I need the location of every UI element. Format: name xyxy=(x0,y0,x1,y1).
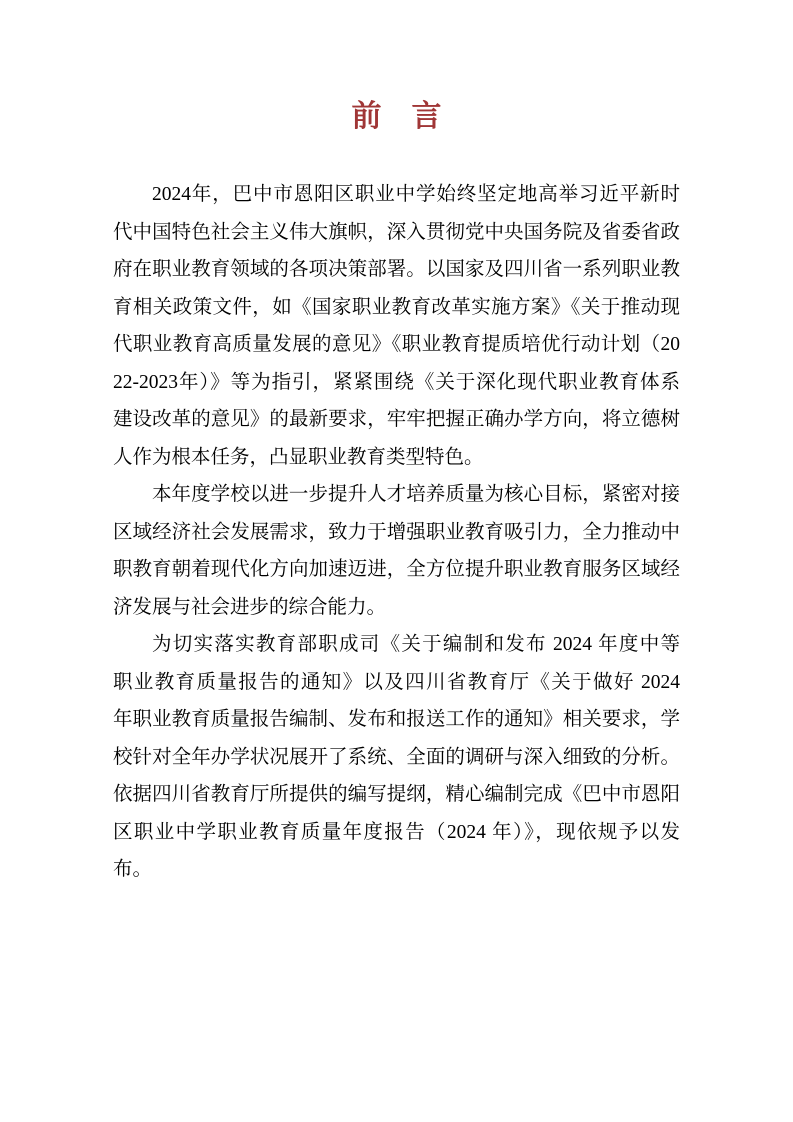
paragraph-line: 职业教育质量报告的通知》以及四川省教育厅《关于做好 2024 xyxy=(113,664,680,702)
paragraph-line: 本年度学校以进一步提升人才培养质量为核心目标，紧密对接 xyxy=(113,476,680,514)
paragraph-line: 区域经济社会发展需求，致力于增强职业教育吸引力，全力推动中 xyxy=(113,514,680,552)
paragraph-line: 校针对全年办学状况展开了系统、全面的调研与深入细致的分析。 xyxy=(113,739,680,777)
paragraph-line: 代中国特色社会主义伟大旗帜，深入贯彻党中央国务院及省委省政 xyxy=(113,214,680,252)
paragraph-line: 代职业教育高质量发展的意见》《职业教育提质培优行动计划（20 xyxy=(113,326,680,364)
paragraph-line: 府在职业教育领域的各项决策部署。以国家及四川省一系列职业教 xyxy=(113,251,680,289)
paragraph-line: 2024年，巴中市恩阳区职业中学始终坚定地高举习近平新时 xyxy=(113,176,680,214)
paragraph-line: 人作为根本任务，凸显职业教育类型特色。 xyxy=(113,439,680,477)
paragraph-line: 布。 xyxy=(113,851,680,889)
paragraph-line: 年职业教育质量报告编制、发布和报送工作的通知》相关要求，学 xyxy=(113,701,680,739)
paragraph-line: 育相关政策文件，如《国家职业教育改革实施方案》《关于推动现 xyxy=(113,289,680,327)
paragraph-line: 区职业中学职业教育质量年度报告（2024 年）》，现依规予以发 xyxy=(113,814,680,852)
document-body: 2024年，巴中市恩阳区职业中学始终坚定地高举习近平新时 代中国特色社会主义伟大… xyxy=(113,176,680,889)
paragraph-line: 建设改革的意见》的最新要求，牢牢把握正确办学方向，将立德树 xyxy=(113,401,680,439)
paragraph-line: 依据四川省教育厅所提供的编写提纲，精心编制完成《巴中市恩阳 xyxy=(113,776,680,814)
paragraph-line: 济发展与社会进步的综合能力。 xyxy=(113,589,680,627)
page-title: 前 言 xyxy=(0,98,793,136)
paragraph-line: 职教育朝着现代化方向加速迈进，全方位提升职业教育服务区域经 xyxy=(113,551,680,589)
document-page: 前 言 2024年，巴中市恩阳区职业中学始终坚定地高举习近平新时 代中国特色社会… xyxy=(0,0,793,1122)
paragraph-line: 为切实落实教育部职成司《关于编制和发布 2024 年度中等 xyxy=(113,626,680,664)
paragraph-line: 22-2023年）》等为指引，紧紧围绕《关于深化现代职业教育体系 xyxy=(113,364,680,402)
